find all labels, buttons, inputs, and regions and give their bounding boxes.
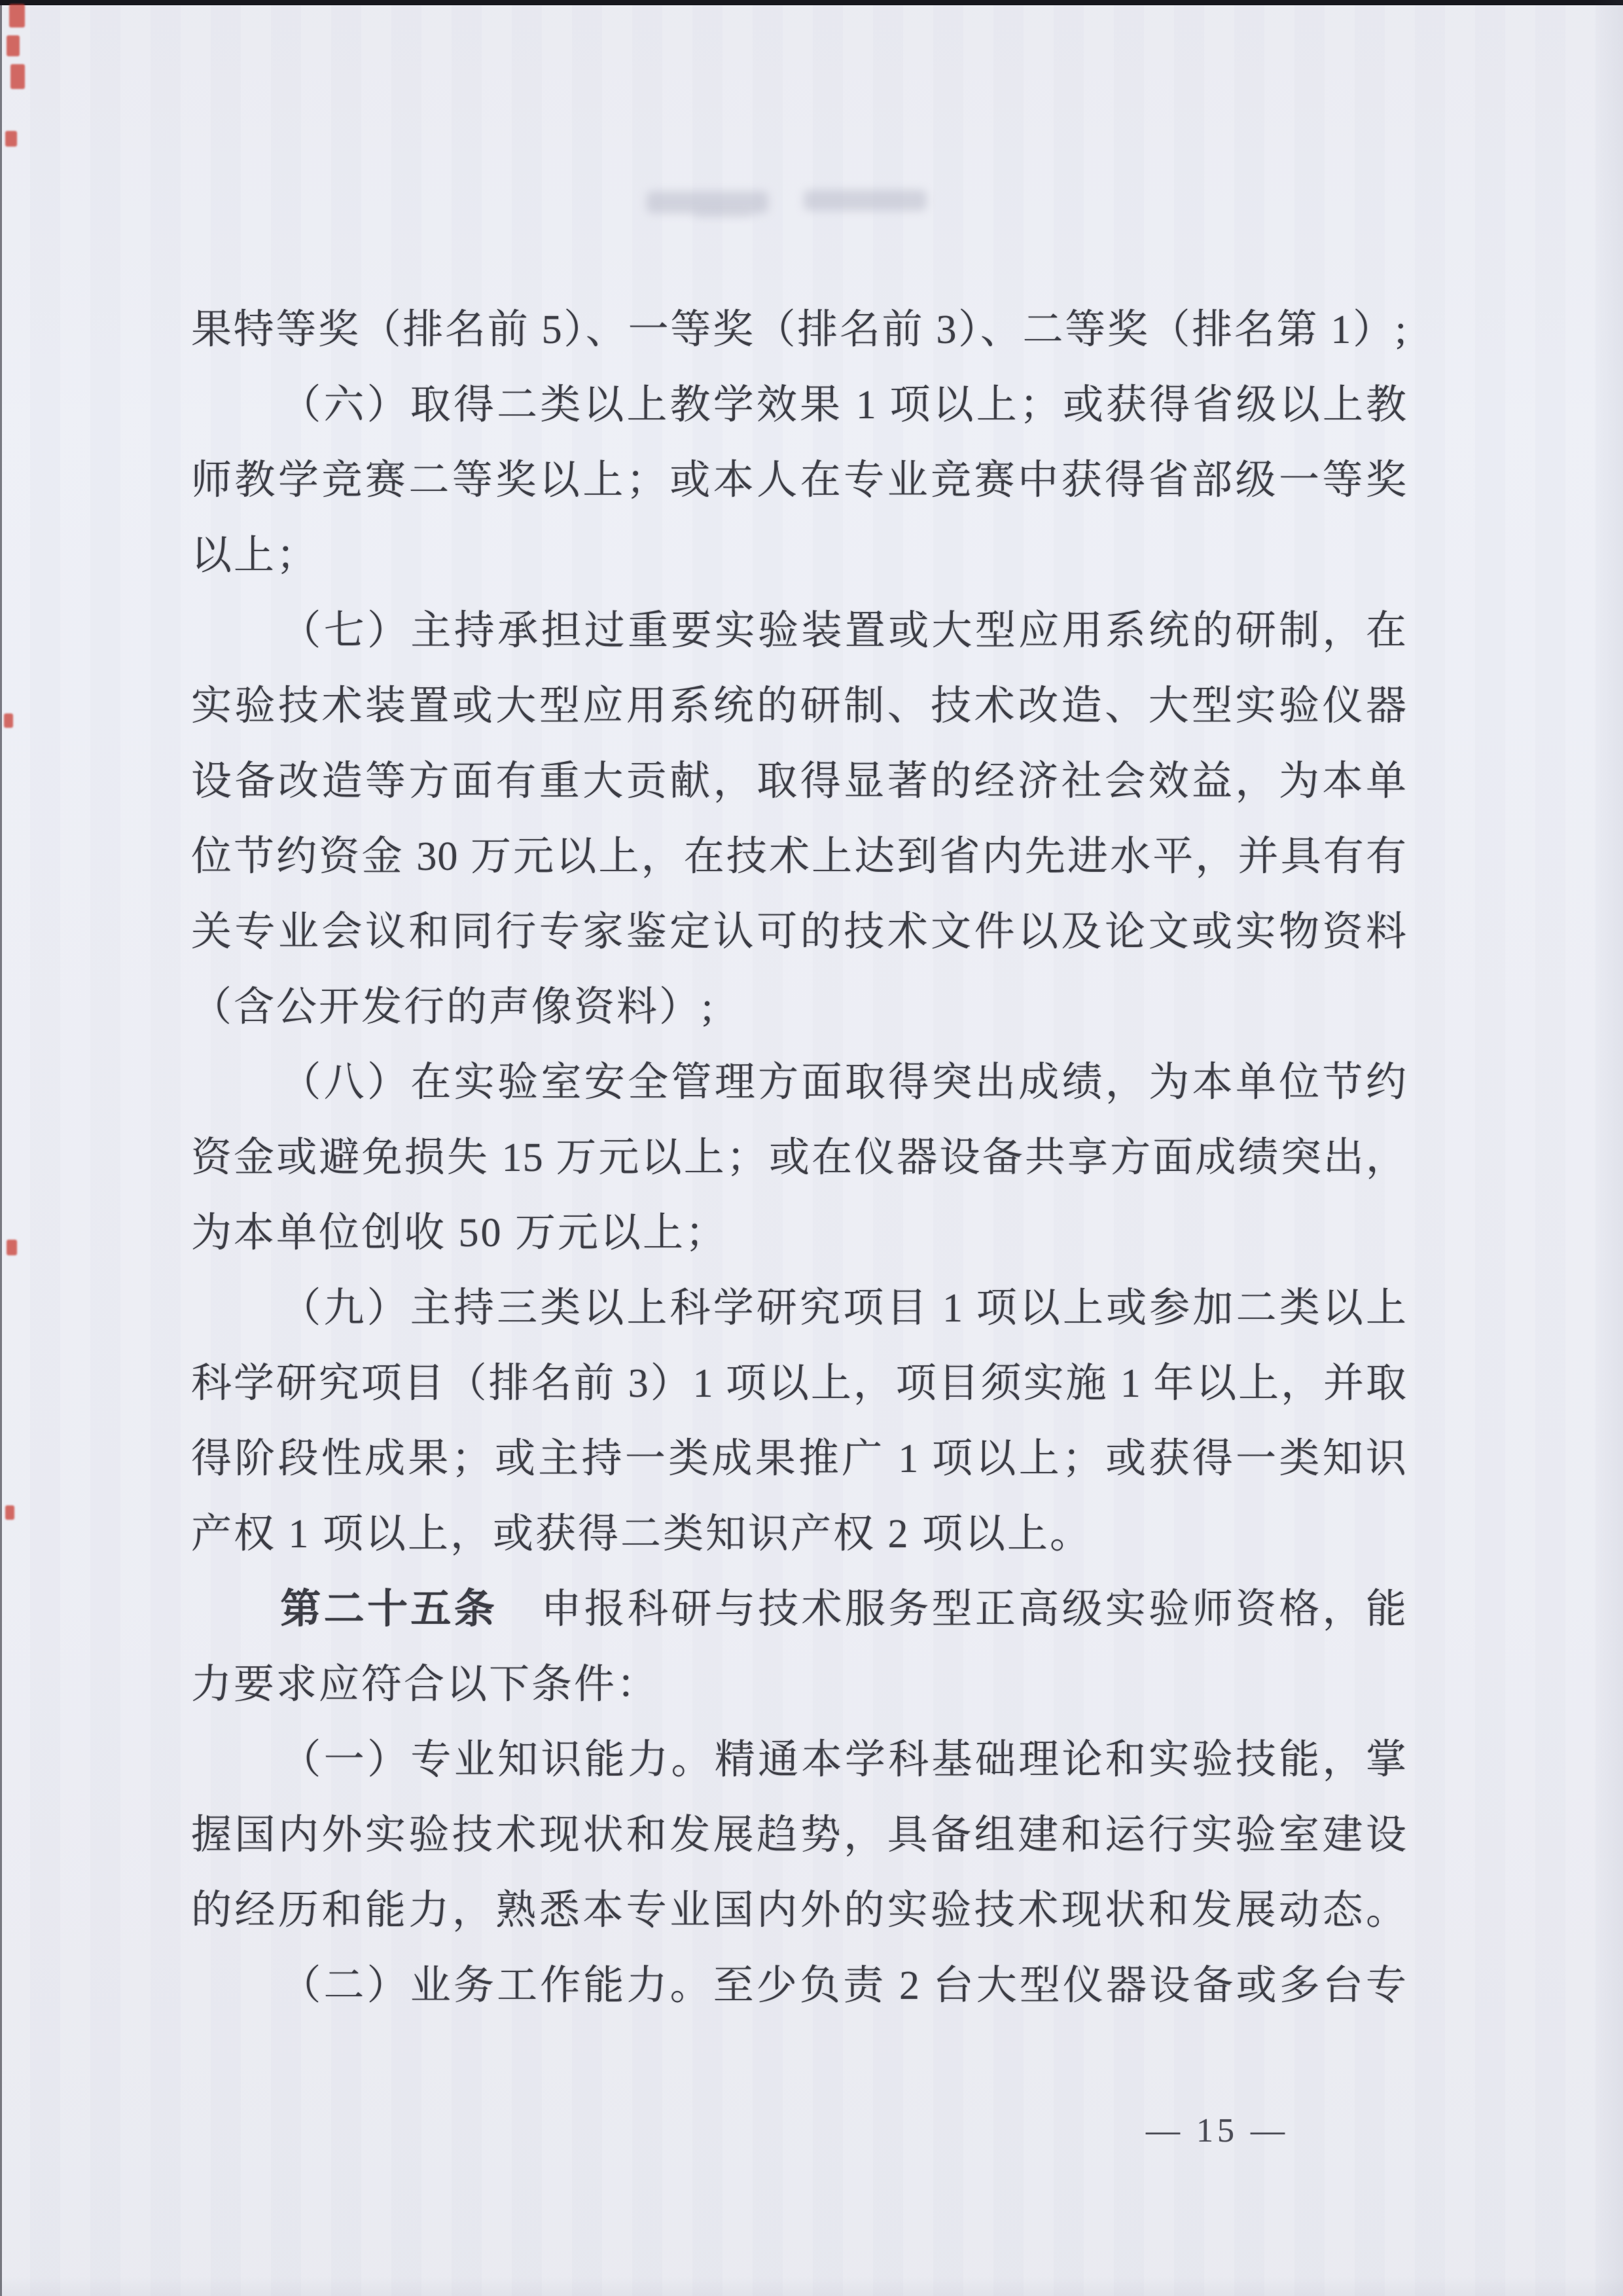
document-line: 力要求应符合以下条件： <box>191 1647 1407 1723</box>
scan-edge-left <box>0 0 2 2296</box>
faint-imprint <box>647 191 768 213</box>
scan-shadow-right <box>1593 0 1623 2296</box>
document-line: 实验技术装置或大型应用系统的研制、技术改造、大型实验仪器 <box>191 669 1407 744</box>
scan-artifact <box>7 1240 17 1255</box>
document-line: 果特等奖（排名前 5）、一等奖（排名前 3）、二等奖（排名第 1）; <box>191 293 1407 368</box>
article-number: 第二十五条 <box>280 1587 497 1632</box>
scan-artifact <box>4 713 13 728</box>
scan-artifact <box>5 1505 14 1520</box>
document-line: 第二十五条 申报科研与技术服务型正高级实验师资格，能 <box>191 1572 1407 1647</box>
scan-edge-top <box>0 0 1623 5</box>
scan-shadow-bottom <box>0 2276 1623 2296</box>
scan-artifact <box>9 4 25 27</box>
document-line: （含公开发行的声像资料）; <box>191 970 1407 1045</box>
faint-imprint <box>804 190 927 211</box>
document-line: （六）取得二类以上教学效果 1 项以上；或获得省级以上教 <box>191 368 1407 443</box>
document-line: 关专业会议和同行专家鉴定认可的技术文件以及论文或实物资料 <box>191 895 1407 970</box>
page-number: — 15 — <box>1126 2111 1309 2150</box>
faint-imprint <box>694 211 753 217</box>
document-line: （九）主持三类以上科学研究项目 1 项以上或参加二类以上 <box>191 1271 1407 1346</box>
document-line: 科学研究项目（排名前 3）1 项以上，项目须实施 1 年以上，并取 <box>191 1346 1407 1422</box>
document-line: 设备改造等方面有重大贡献，取得显著的经济社会效益，为本单 <box>191 744 1407 819</box>
document-line: 为本单位创收 50 万元以上； <box>191 1196 1407 1271</box>
document-line: 得阶段性成果；或主持一类成果推广 1 项以上；或获得一类知识 <box>191 1422 1407 1497</box>
document-line: （七）主持承担过重要实验装置或大型应用系统的研制，在 <box>191 594 1407 669</box>
document-line: 以上； <box>191 518 1407 594</box>
scan-artifact <box>7 35 20 56</box>
document-line: 产权 1 项以上，或获得二类知识产权 2 项以上。 <box>191 1497 1407 1572</box>
document-line: 师教学竞赛二等奖以上；或本人在专业竞赛中获得省部级一等奖 <box>191 443 1407 518</box>
document-line: 位节约资金 30 万元以上，在技术上达到省内先进水平，并具有有 <box>191 819 1407 895</box>
scanned-page: 果特等奖（排名前 5）、一等奖（排名前 3）、二等奖（排名第 1）;（六）取得二… <box>0 0 1623 2296</box>
scan-artifact <box>10 64 25 89</box>
document-line: （一）专业知识能力。精通本学科基础理论和实验技能，掌 <box>191 1723 1407 1798</box>
document-line: 资金或避免损失 15 万元以上；或在仪器设备共享方面成绩突出， <box>191 1121 1407 1196</box>
document-text: 果特等奖（排名前 5）、一等奖（排名前 3）、二等奖（排名第 1）;（六）取得二… <box>191 293 1407 2024</box>
document-line: （八）在实验室安全管理方面取得突出成绩，为本单位节约 <box>191 1045 1407 1121</box>
document-line: 握国内外实验技术现状和发展趋势，具备组建和运行实验室建设 <box>191 1798 1407 1873</box>
scan-artifact <box>5 131 17 147</box>
document-line: 的经历和能力，熟悉本专业国内外的实验技术现状和发展动态。 <box>191 1873 1407 1948</box>
document-line: （二）业务工作能力。至少负责 2 台大型仪器设备或多台专 <box>191 1948 1407 2024</box>
